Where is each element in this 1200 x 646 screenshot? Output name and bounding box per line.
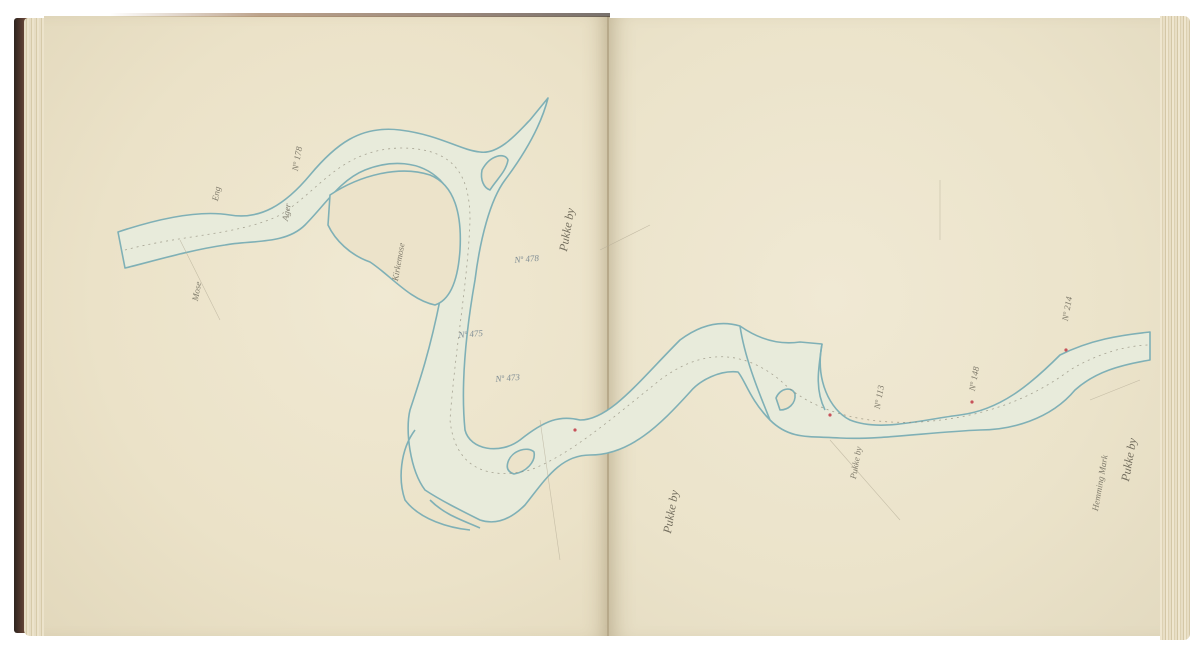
river-channel [118, 98, 1150, 522]
survey-line [180, 240, 220, 320]
survey-marker [828, 413, 831, 416]
survey-marker [970, 400, 973, 403]
parcel-number-label: Nº 478 [514, 253, 539, 265]
survey-marker [1064, 348, 1067, 351]
river-survey-map [0, 0, 1200, 646]
survey-line [830, 440, 900, 520]
survey-line [600, 225, 650, 250]
river-island-large [328, 171, 460, 305]
survey-marker [573, 428, 576, 431]
survey-line [1090, 380, 1140, 400]
parcel-number-label: Nº 475 [458, 328, 483, 340]
parcel-number-label: Nº 473 [495, 372, 520, 384]
